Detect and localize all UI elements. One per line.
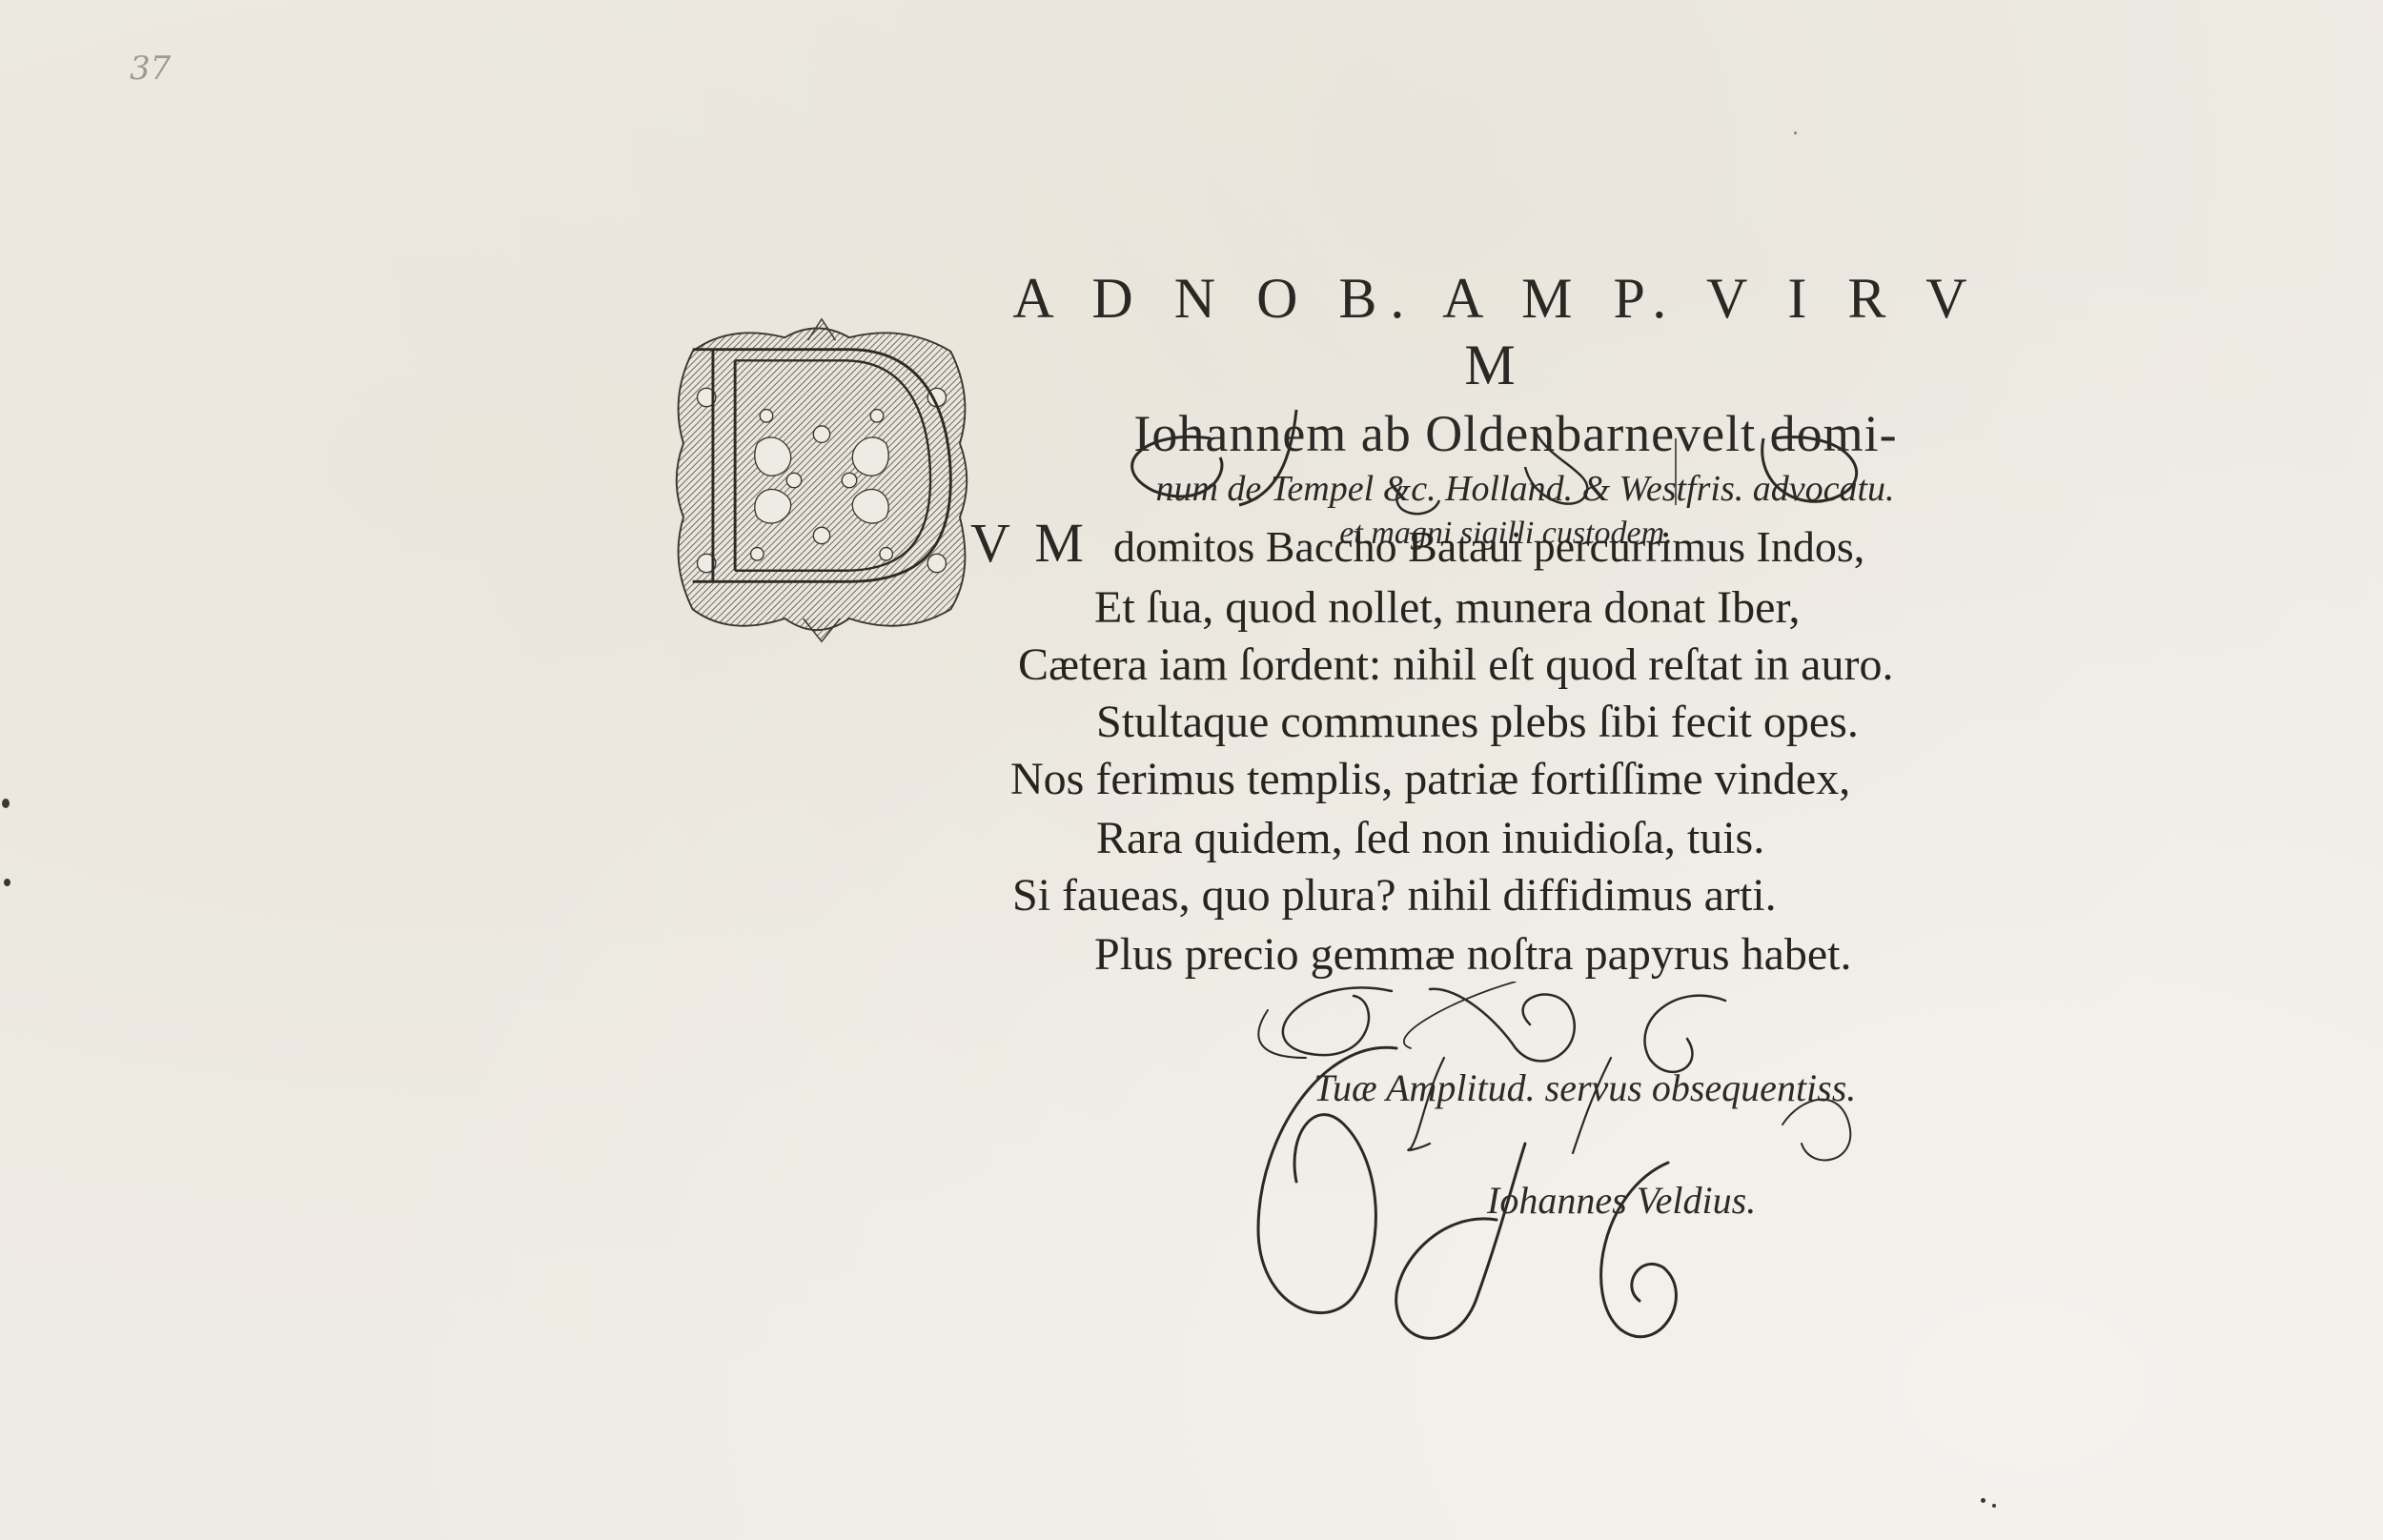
- engraved-page: 37 A D N O B. A M P. V I R V M Iohannem …: [0, 0, 2383, 1540]
- ink-speck: [1794, 132, 1797, 134]
- dedication-title: A D N O B. A M P. V I R V M: [1010, 265, 1983, 398]
- poem-line: domitos Baccho Bataui percurrimus Indos,: [1113, 520, 1864, 574]
- poem-line: Plus precio gemmæ noſtra papyrus habet.: [1094, 928, 1852, 982]
- closing-flourish: [1230, 982, 2068, 1363]
- folio-number: 37: [130, 50, 171, 88]
- poem-line: Si faueas, quo plura? nihil diffidimus a…: [1012, 869, 1777, 922]
- ink-speck: [4, 879, 10, 886]
- decorated-initial-d: [656, 314, 988, 646]
- ornament-initial-icon: [656, 314, 988, 646]
- ink-speck: [1981, 1498, 1986, 1503]
- poem-line: Et ſua, quod nollet, munera donat Iber,: [1094, 581, 1801, 635]
- poem-line: Cætera iam ſordent: nihil eſt quod reſta…: [1018, 638, 1893, 692]
- poem-line: Nos ferimus templis, patriæ fortiſſime v…: [1010, 753, 1850, 806]
- poem-line: Stultaque communes plebs ſibi fecit opes…: [1096, 696, 1859, 749]
- dedication-flourish: [1087, 400, 1887, 524]
- ink-speck: [1992, 1504, 1996, 1508]
- closing-salutation: Tuæ Amplitud. servus obsequentiss.: [1314, 1065, 1856, 1110]
- poem-line: Rara quidem, ſed non inuidioſa, tuis.: [1096, 812, 1764, 865]
- signature: Iohannes Veldius.: [1487, 1178, 1756, 1223]
- ink-speck: [2, 799, 10, 808]
- opening-capitals: V M: [970, 511, 1090, 575]
